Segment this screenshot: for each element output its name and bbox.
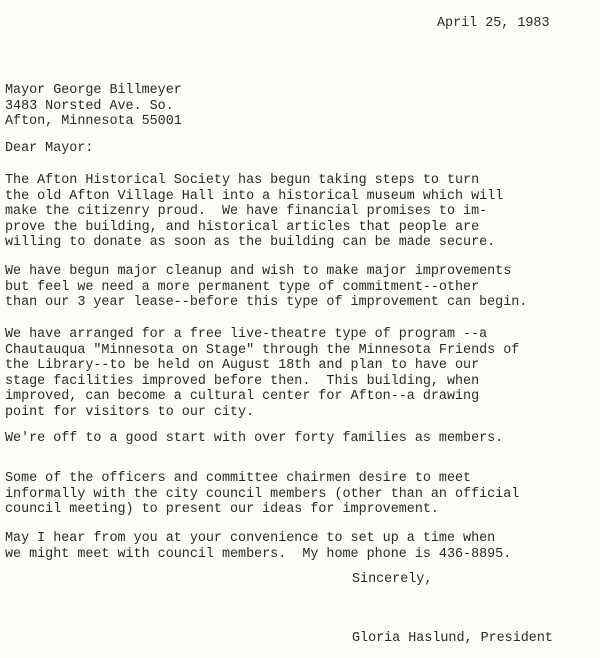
paragraph-line: prove the building, and historical artic…: [5, 220, 503, 236]
recipient-city: Afton, Minnesota 55001: [5, 114, 182, 130]
paragraph-lease-commitment: We have begun major cleanup and wish to …: [5, 264, 527, 311]
paragraph-museum-plans: The Afton Historical Society has begun t…: [5, 173, 503, 251]
recipient-address: Mayor George Billmeyer 3483 Norsted Ave.…: [5, 83, 182, 130]
paragraph-line: improved, can become a cultural center f…: [5, 389, 519, 405]
letter-date: April 25, 1983: [437, 16, 550, 31]
recipient-street: 3483 Norsted Ave. So.: [5, 99, 182, 115]
paragraph-meeting-request: Some of the officers and committee chair…: [5, 471, 519, 518]
paragraph-line: but feel we need a more permanent type o…: [5, 280, 527, 296]
letter-page: April 25, 1983 Mayor George Billmeyer 34…: [0, 0, 600, 658]
paragraph-line: make the citizenry proud. We have financ…: [5, 204, 503, 220]
paragraph-line: Chautauqua "Minnesota on Stage" through …: [5, 343, 519, 359]
paragraph-line: point for visitors to our city.: [5, 405, 519, 421]
salutation-text: Dear Mayor:: [5, 141, 93, 157]
salutation: Dear Mayor:: [5, 141, 93, 157]
paragraph-line: the Library--to be held on August 18th a…: [5, 358, 519, 374]
paragraph-line: Some of the officers and committee chair…: [5, 471, 519, 487]
paragraph-line: council meeting) to present our ideas fo…: [5, 502, 519, 518]
recipient-name: Mayor George Billmeyer: [5, 83, 182, 99]
paragraph-line: the old Afton Village Hall into a histor…: [5, 189, 503, 205]
paragraph-line: May I hear from you at your convenience …: [5, 531, 511, 547]
paragraph-line: we might meet with council members. My h…: [5, 547, 511, 563]
paragraph-line: than our 3 year lease--before this type …: [5, 295, 527, 311]
paragraph-membership: We're off to a good start with over fort…: [5, 431, 503, 447]
closing: Sincerely,: [352, 572, 432, 587]
paragraph-contact: May I hear from you at your convenience …: [5, 531, 511, 562]
paragraph-line: The Afton Historical Society has begun t…: [5, 173, 503, 189]
signature: Gloria Haslund, President: [352, 631, 553, 646]
paragraph-line: We're off to a good start with over fort…: [5, 431, 503, 447]
paragraph-line: willing to donate as soon as the buildin…: [5, 235, 503, 251]
paragraph-chautauqua-program: We have arranged for a free live-theatre…: [5, 327, 519, 421]
paragraph-line: We have arranged for a free live-theatre…: [5, 327, 519, 343]
paragraph-line: stage facilities improved before then. T…: [5, 374, 519, 390]
paragraph-line: informally with the city council members…: [5, 487, 519, 503]
paragraph-line: We have begun major cleanup and wish to …: [5, 264, 527, 280]
